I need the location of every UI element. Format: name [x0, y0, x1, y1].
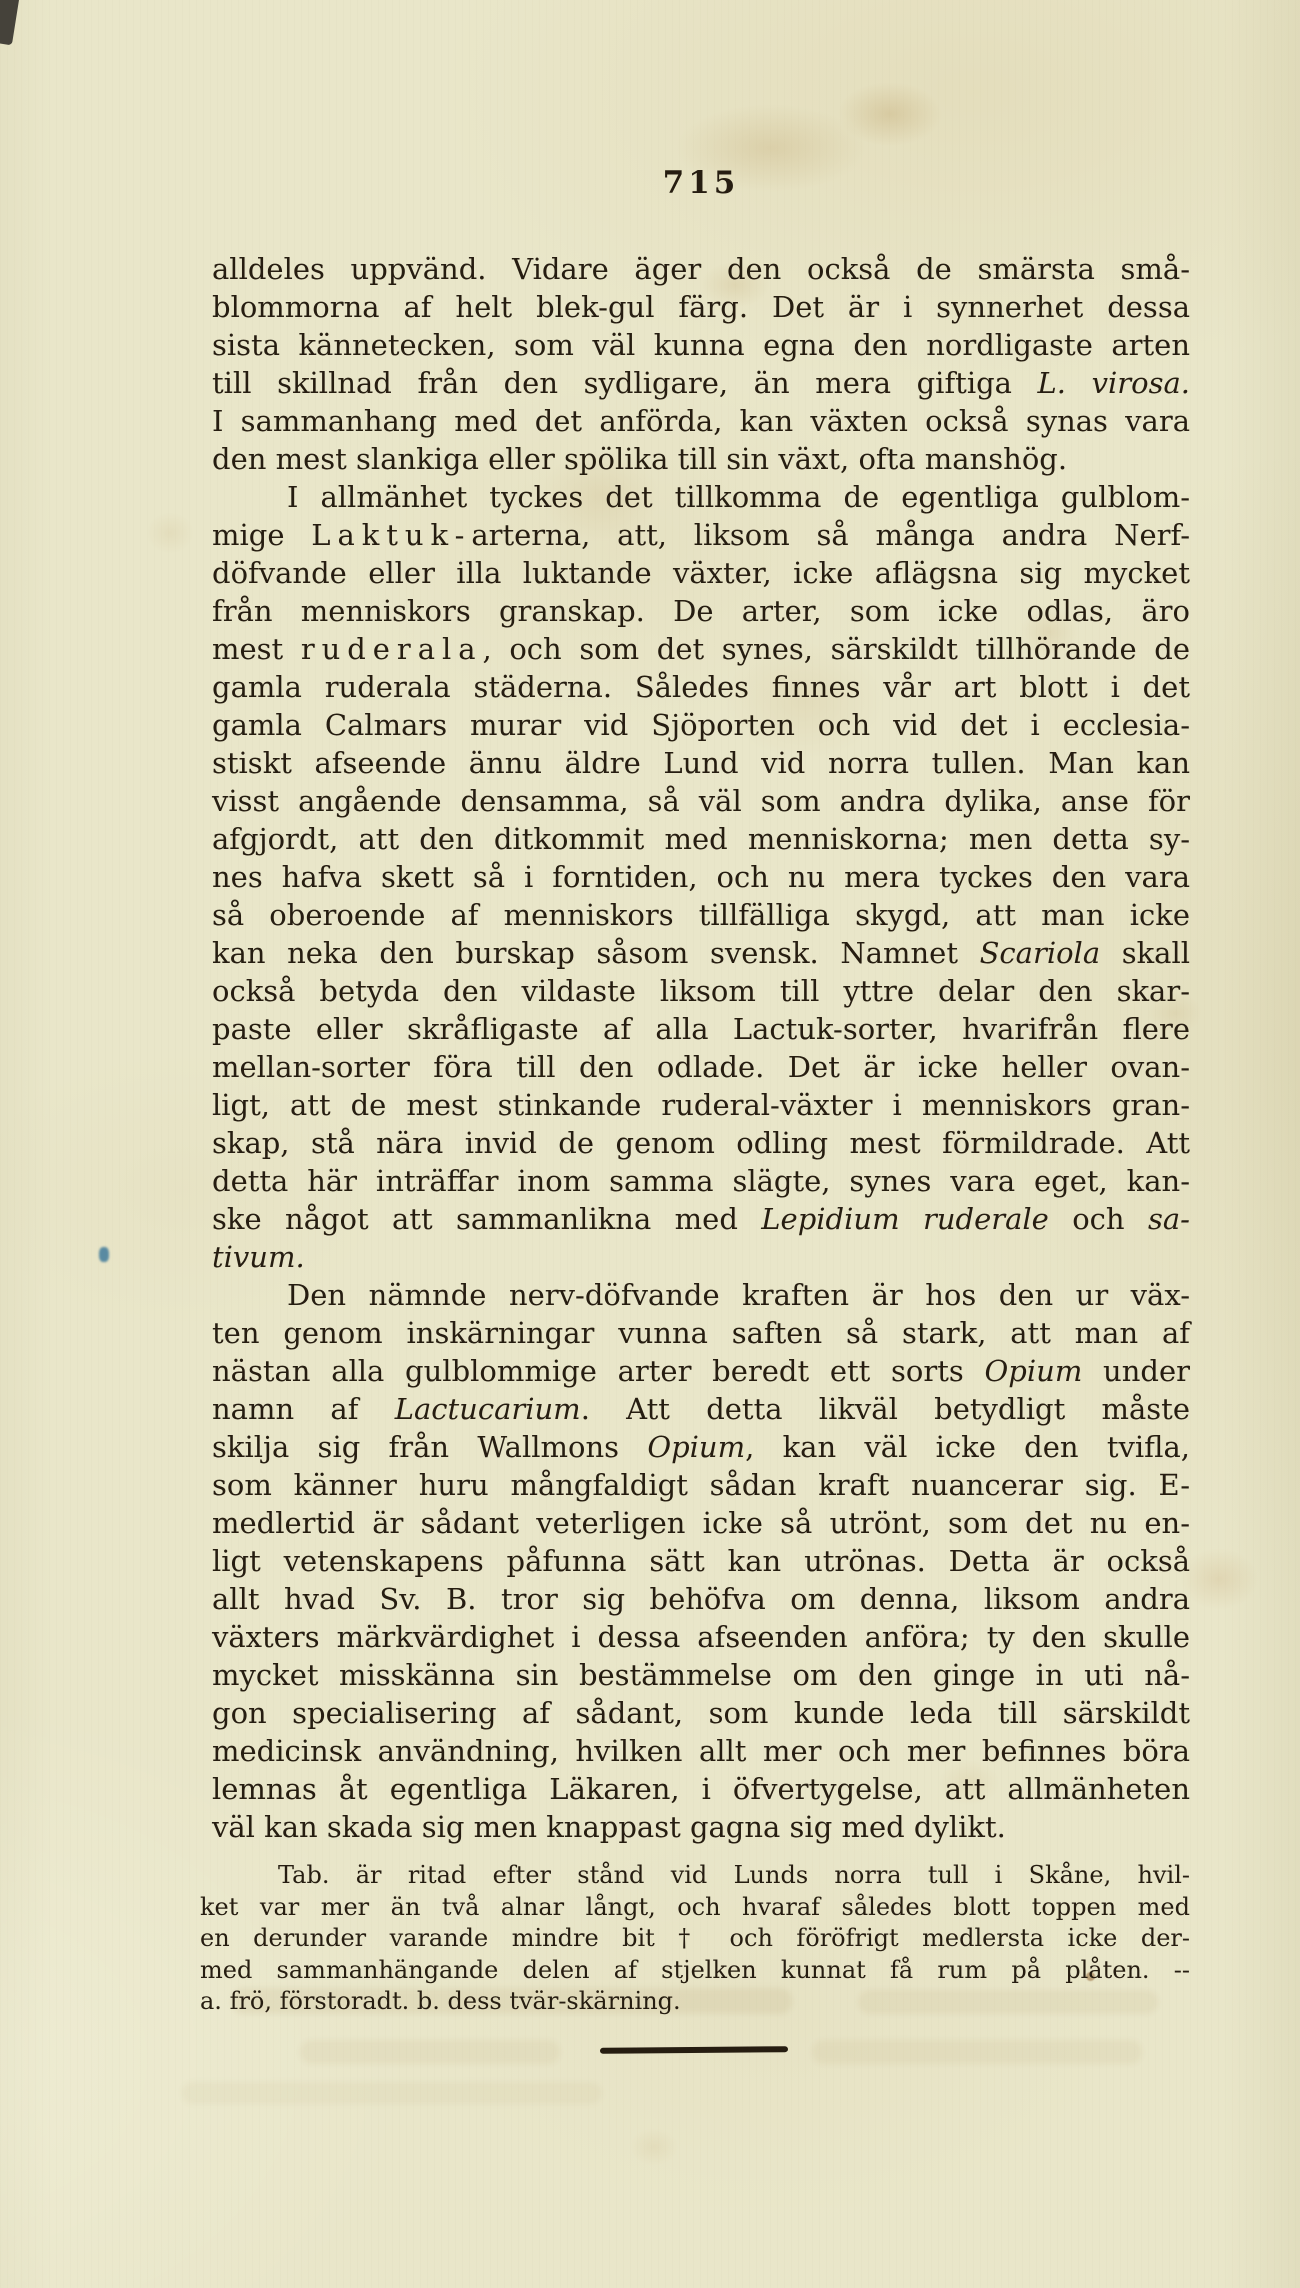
text-segment: växters märkvärdighet i dessa afseenden …	[212, 1620, 1190, 1654]
text-line: paste eller skråfligaste af alla Lactuk-…	[212, 1010, 1190, 1048]
text-segment: så oberoende af menniskors tillfälliga s…	[212, 898, 1190, 932]
text-line: stiskt afseende ännu äldre Lund vid norr…	[212, 744, 1190, 782]
page-number: 715	[212, 168, 1190, 199]
text-segment: också betyda den vildaste liksom till yt…	[212, 974, 1190, 1008]
text-line: mige Laktuk-arterna, att, liksom så mång…	[212, 516, 1190, 554]
text-line: från menniskors granskap. De arter, som …	[212, 592, 1190, 630]
text-segment: nes hafva skett så i forntiden, och nu m…	[212, 860, 1190, 894]
text-line: mest ruderala, och som det synes, särski…	[212, 630, 1190, 668]
text-line: växters märkvärdighet i dessa afseenden …	[212, 1618, 1190, 1656]
text-line: också betyda den vildaste liksom till yt…	[212, 972, 1190, 1010]
text-line: medicinsk användning, hvilken allt mer o…	[212, 1732, 1190, 1770]
text-segment: mige	[212, 518, 311, 552]
text-segment: . Att detta likväl betydligt måste	[581, 1392, 1190, 1426]
text-line: ske något att sammanlikna med Lepidium r…	[212, 1200, 1190, 1238]
text-line: den mest slankiga eller spölika till sin…	[212, 440, 1190, 478]
text-segment: som känner huru mångfaldigt sådan kraft …	[212, 1468, 1190, 1502]
text-line: till skillnad från den sydligare, än mer…	[212, 364, 1190, 402]
text-line: ligt, att de mest stinkande ruderal-växt…	[212, 1086, 1190, 1124]
text-segment: gamla Calmars murar vid Sjöporten och vi…	[212, 708, 1190, 742]
section-divider-rule	[600, 2046, 788, 2054]
text-segment: mycket misskänna sin bestämmelse om den …	[212, 1658, 1190, 1692]
text-segment: paste eller skråfligaste af alla Lactuk-…	[212, 1012, 1190, 1046]
paragraph: Tab. är ritad efter stånd vid Lunds norr…	[200, 1860, 1190, 2018]
text-segment: lemnas åt egentliga Läkaren, i öfvertyge…	[212, 1772, 1190, 1806]
text-segment: kan neka den burskap såsom svensk. Namne…	[212, 936, 980, 970]
book-page-scan: 715 alldeles uppvänd. Vidare äger den oc…	[0, 0, 1300, 2288]
text-line: nes hafva skett så i forntiden, och nu m…	[212, 858, 1190, 896]
paper-stain	[838, 82, 942, 146]
text-segment: Opium	[985, 1354, 1083, 1388]
text-line: ket var mer än två alnar långt, och hvar…	[200, 1892, 1190, 1924]
text-segment: afgjordt, att den ditkommit med mennisko…	[212, 822, 1190, 856]
text-segment: sa-	[1148, 1202, 1190, 1236]
text-segment: skall	[1100, 936, 1190, 970]
text-segment: under	[1082, 1354, 1190, 1388]
text-segment: alldeles uppvänd. Vidare äger den också …	[212, 252, 1190, 286]
paper-stain	[1180, 1548, 1258, 1610]
text-line: lemnas åt egentliga Läkaren, i öfvertyge…	[212, 1770, 1190, 1808]
text-segment: en derunder varande mindre bit † och för…	[200, 1924, 1190, 1952]
text-line: I allmänhet tyckes det tillkomma de egen…	[212, 478, 1190, 516]
text-segment: I sammanhang med det anförda, kan växten…	[212, 404, 1190, 438]
text-segment: med sammanhängande delen af stjelken kun…	[200, 1956, 1190, 1984]
text-segment: arterna, att, liksom så många andra Nerf…	[471, 518, 1190, 552]
text-line: gon specialisering af sådant, som kunde …	[212, 1694, 1190, 1732]
text-segment: från menniskors granskap. De arter, som …	[212, 594, 1190, 628]
text-segment: ten genom inskärningar vunna saften så s…	[212, 1316, 1190, 1350]
text-segment: allt hvad Sv. B. tror sig behöfva om den…	[212, 1582, 1190, 1616]
text-line: som känner huru mångfaldigt sådan kraft …	[212, 1466, 1190, 1504]
text-segment: tivum.	[212, 1240, 305, 1274]
text-line: väl kan skada sig men knappast gagna sig…	[212, 1808, 1190, 1846]
text-segment: skap, stå nära invid de genom odling mes…	[212, 1126, 1190, 1160]
text-segment: Opium	[647, 1430, 745, 1464]
text-line: mellan-sorter föra till den odlade. Det …	[212, 1048, 1190, 1086]
text-segment: ligt vetenskapens påfunna sätt kan utrön…	[212, 1544, 1190, 1578]
text-segment: , och som det synes, särskildt tillhöran…	[483, 632, 1191, 666]
text-line: en derunder varande mindre bit † och för…	[200, 1923, 1190, 1955]
text-line: Tab. är ritad efter stånd vid Lunds norr…	[200, 1860, 1190, 1892]
ink-speck-blue	[99, 1247, 109, 1262]
text-line: så oberoende af menniskors tillfälliga s…	[212, 896, 1190, 934]
text-segment: L. virosa.	[1038, 366, 1190, 400]
text-line: afgjordt, att den ditkommit med mennisko…	[212, 820, 1190, 858]
text-line: med sammanhängande delen af stjelken kun…	[200, 1955, 1190, 1987]
text-segment: och	[1049, 1202, 1148, 1236]
text-segment: mest	[212, 632, 301, 666]
paper-stain	[146, 512, 194, 554]
text-segment: medlertid är sådant veterligen icke så u…	[212, 1506, 1190, 1540]
text-line: nästan alla gulblommige arter beredt ett…	[212, 1352, 1190, 1390]
text-segment: Scariola	[980, 936, 1101, 970]
text-segment: gamla ruderala städerna. Således finnes …	[212, 670, 1190, 704]
showthrough-ghost-text	[182, 2082, 602, 2104]
text-line: ten genom inskärningar vunna saften så s…	[212, 1314, 1190, 1352]
text-segment: den mest slankiga eller spölika till sin…	[212, 442, 1067, 476]
text-line: döfvande eller illa luktande växter, ick…	[212, 554, 1190, 592]
text-block: alldeles uppvänd. Vidare äger den också …	[212, 250, 1190, 2018]
text-segment: blommorna af helt blek-gul färg. Det är …	[212, 290, 1190, 324]
text-line: a. frö, förstoradt. b. dess tvär-skärnin…	[200, 1986, 1190, 2018]
text-segment: I allmänhet tyckes det tillkomma de egen…	[287, 480, 1190, 514]
text-segment: ske något att sammanlikna med	[212, 1202, 761, 1236]
text-segment: sista kännetecken, som väl kunna egna de…	[212, 328, 1190, 362]
text-segment: skilja sig från Wallmons	[212, 1430, 647, 1464]
text-segment: döfvande eller illa luktande växter, ick…	[212, 556, 1190, 590]
paper-stain	[630, 2128, 678, 2166]
text-segment: väl kan skada sig men knappast gagna sig…	[212, 1810, 1006, 1844]
paragraph: alldeles uppvänd. Vidare äger den också …	[212, 250, 1190, 478]
text-line: visst angående densamma, så väl som andr…	[212, 782, 1190, 820]
text-segment: Den nämnde nerv-döfvande kraften är hos …	[287, 1278, 1190, 1312]
text-segment: , kan väl icke den tvifla,	[745, 1430, 1190, 1464]
text-line: namn af Lactucarium. Att detta likväl be…	[212, 1390, 1190, 1428]
text-line: sista kännetecken, som väl kunna egna de…	[212, 326, 1190, 364]
paragraph: Den nämnde nerv-döfvande kraften är hos …	[212, 1276, 1190, 1846]
text-segment: ket var mer än två alnar långt, och hvar…	[200, 1893, 1190, 1921]
text-line: I sammanhang med det anförda, kan växten…	[212, 402, 1190, 440]
text-segment: detta här inträffar inom samma slägte, s…	[212, 1164, 1190, 1198]
showthrough-ghost-text	[812, 2040, 1142, 2064]
text-segment: Lepidium ruderale	[761, 1202, 1049, 1236]
text-line: allt hvad Sv. B. tror sig behöfva om den…	[212, 1580, 1190, 1618]
text-segment: ruderala	[301, 632, 483, 666]
text-segment: namn af	[212, 1392, 395, 1426]
text-line: detta här inträffar inom samma slägte, s…	[212, 1162, 1190, 1200]
text-line: ligt vetenskapens påfunna sätt kan utrön…	[212, 1542, 1190, 1580]
text-segment: Tab. är ritad efter stånd vid Lunds norr…	[278, 1861, 1190, 1889]
text-line: skap, stå nära invid de genom odling mes…	[212, 1124, 1190, 1162]
text-segment: nästan alla gulblommige arter beredt ett…	[212, 1354, 985, 1388]
text-segment: stiskt afseende ännu äldre Lund vid norr…	[212, 746, 1190, 780]
text-line: mycket misskänna sin bestämmelse om den …	[212, 1656, 1190, 1694]
text-line: alldeles uppvänd. Vidare äger den också …	[212, 250, 1190, 288]
text-segment: till skillnad från den sydligare, än mer…	[212, 366, 1038, 400]
text-segment: mellan-sorter föra till den odlade. Det …	[212, 1050, 1190, 1084]
text-line: gamla Calmars murar vid Sjöporten och vi…	[212, 706, 1190, 744]
text-line: tivum.	[212, 1238, 1190, 1276]
showthrough-ghost-text	[300, 2040, 560, 2064]
text-segment: a. frö, förstoradt. b. dess tvär-skärnin…	[200, 1987, 681, 2015]
text-line: Den nämnde nerv-döfvande kraften är hos …	[212, 1276, 1190, 1314]
text-segment: Laktuk-	[311, 518, 471, 552]
text-line: medlertid är sådant veterligen icke så u…	[212, 1504, 1190, 1542]
text-segment: medicinsk användning, hvilken allt mer o…	[212, 1734, 1190, 1768]
text-line: kan neka den burskap såsom svensk. Namne…	[212, 934, 1190, 972]
text-segment: visst angående densamma, så väl som andr…	[212, 784, 1190, 818]
text-line: blommorna af helt blek-gul färg. Det är …	[212, 288, 1190, 326]
text-line: skilja sig från Wallmons Opium, kan väl …	[212, 1428, 1190, 1466]
text-segment: ligt, att de mest stinkande ruderal-växt…	[212, 1088, 1190, 1122]
text-line: gamla ruderala städerna. Således finnes …	[212, 668, 1190, 706]
text-segment: gon specialisering af sådant, som kunde …	[212, 1696, 1190, 1730]
paragraph: I allmänhet tyckes det tillkomma de egen…	[212, 478, 1190, 1276]
scan-edge-mark	[0, 0, 20, 45]
text-segment: Lactucarium	[395, 1392, 581, 1426]
